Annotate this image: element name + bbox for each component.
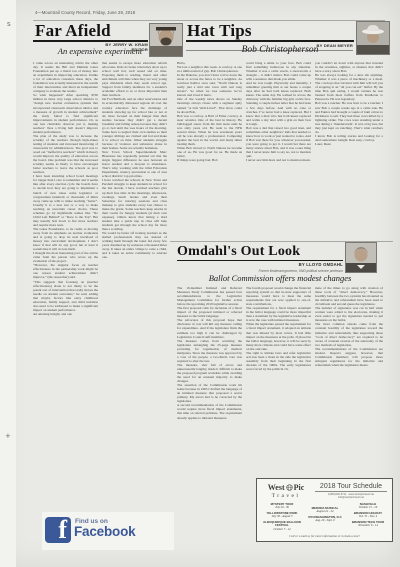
omdahl-section-divider [170, 241, 393, 242]
omdahl-column-2: The fourth proposal would change the fin… [246, 286, 311, 474]
tour-dates: October 7 - 14 [261, 528, 303, 531]
scan-page-edge [0, 0, 16, 567]
scan-mark: + [5, 432, 11, 440]
omdahl-subhead: Ballot Commission offers modest changes [177, 273, 383, 283]
masthead-dateline: 4—Mountrail County Record, Friday, June … [35, 10, 135, 15]
far-afield-subhead: An expensive experiment [33, 46, 167, 56]
travel-ad-footer: Call or e-mail us for more information o… [257, 534, 392, 538]
omdahl-byline: BY LLOYD OMDAHL [240, 262, 343, 267]
omdahl-portrait-illustration [346, 243, 376, 272]
omdahl-rule [177, 260, 343, 261]
travel-ad-brand: West Pic Travel [264, 483, 308, 499]
facebook-ad-wordmark: Facebook [74, 524, 135, 539]
facebook-ad: f Find us on Facebook [42, 512, 174, 550]
tour-dates: Aug. 29 - Sept. 9 [304, 519, 346, 522]
travel-brand-word3: Travel [264, 493, 308, 499]
hat-tips-title: Hat Tips [187, 21, 252, 41]
tour-dates: Oct. 31 - Nov. 4 [347, 515, 389, 518]
globe-icon [286, 484, 293, 491]
travel-ad-tour-column-1: MYSTERY TOUR July 29 - 30 YELLOWSTONE PA… [261, 503, 303, 533]
travel-ad-email: info@westpictravel.net [338, 496, 364, 499]
tour-dates: July 29 - 30 [261, 506, 303, 509]
facebook-logo-icon: f [45, 517, 71, 543]
tour-dates: July 30 - August 3 [261, 515, 303, 518]
omdahl-title: Omdahl's Out Look [177, 244, 300, 260]
omdahl-column-1: The 19-member Initiated and Referred Mea… [177, 286, 242, 491]
travel-ad-contact: 1(800)446-3711 www.westpictravel.net inf… [315, 493, 387, 499]
omdahl-portrait-photo [346, 243, 376, 272]
travel-brand-word2: Pic [294, 483, 305, 492]
travel-ad-tour-column-2: MEDORA MUSICAL August 22 - 24 NYC/WASHIN… [304, 507, 346, 525]
newspaper-page: s + 4—Mountrail County Record, Friday, J… [0, 0, 400, 567]
travel-ad-tour-column-3: NASHVILLE October 15 - 19 BRANSON HOLIDA… [347, 503, 389, 530]
tour-dates: October 15 - 19 [347, 506, 389, 509]
facebook-f-glyph: f [58, 517, 67, 543]
hat-tips-subhead: Bob Christopherson [177, 45, 383, 55]
travel-ad: West Pic Travel 2018 Tour Schedule 1(800… [256, 478, 393, 542]
far-afield-title: Far Afield [35, 21, 111, 41]
tour-dates: August 22 - 24 [304, 510, 346, 513]
hat-tips-column-3: you couldn’t sit down with anyone that t… [315, 61, 383, 239]
hat-tips-rule [186, 40, 354, 42]
tour-dates: November 9 - 14 [347, 524, 389, 527]
omdahl-column-3: mate of the times to go along with creat… [315, 286, 383, 474]
far-afield-column-2: that seems to escape more education refo… [102, 61, 167, 508]
scan-mark: s [7, 20, 11, 28]
hat-tips-column-2: could bring a smile to your face. Bob co… [246, 61, 311, 239]
hat-tips-column-1: Hello, We lost a neighbor this week. A c… [177, 61, 242, 239]
travel-brand-word1: West [268, 483, 285, 492]
omdahl-byline-sub: Former lieutenant governor, UND politica… [200, 269, 343, 273]
far-afield-column-1: I came across an interesting article the… [33, 61, 98, 508]
travel-ad-schedule-title: 2018 Tour Schedule [315, 483, 387, 492]
